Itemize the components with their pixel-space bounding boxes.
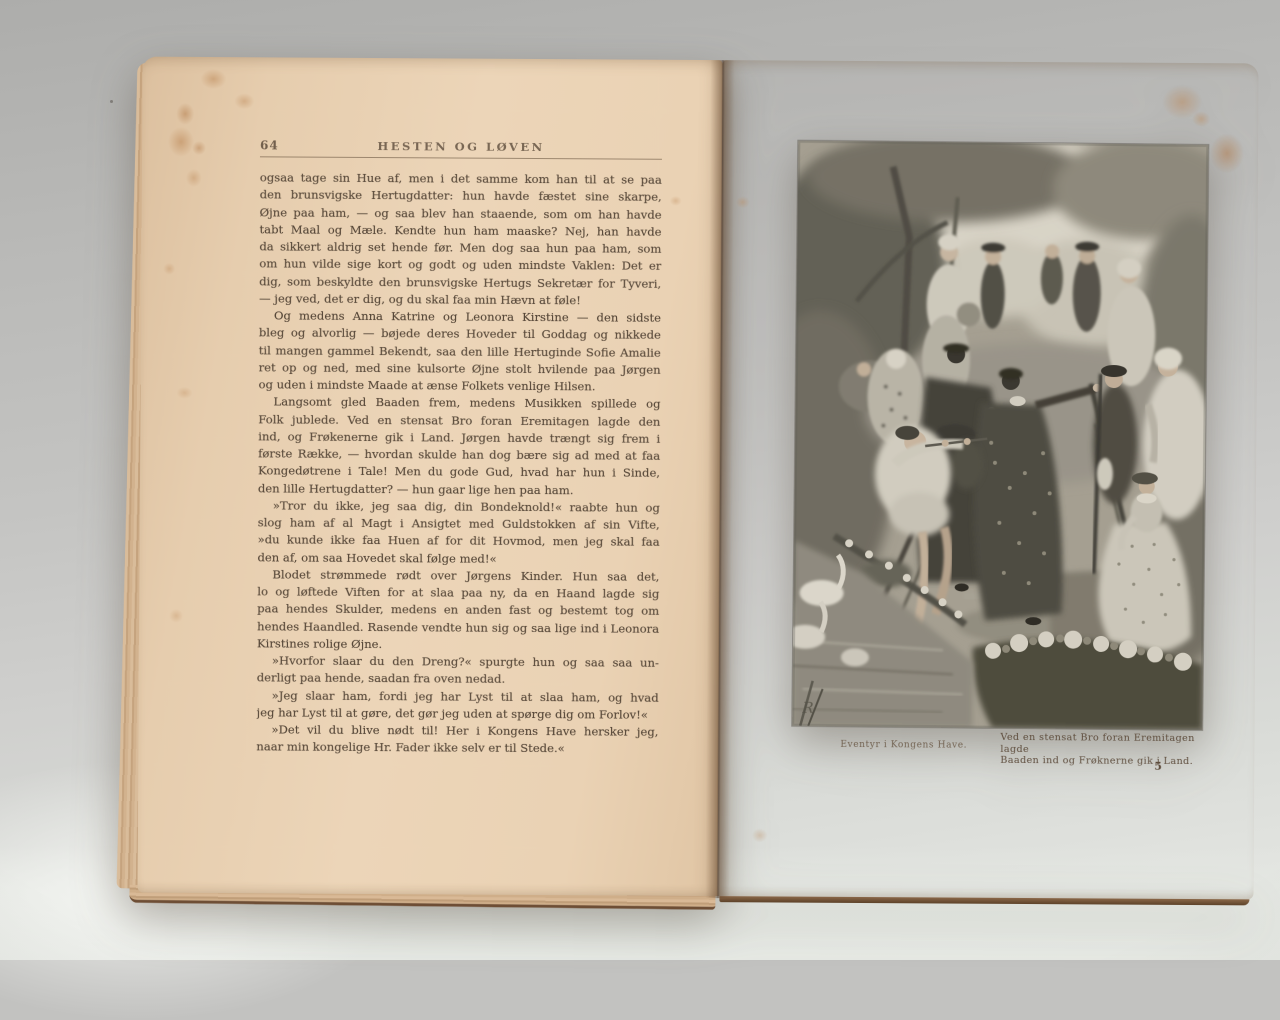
text-line: Folk jublede. Ved en stensat Bro foran E… xyxy=(258,411,660,431)
text-line: naar min kongelige Hr. Fader ikke selv e… xyxy=(256,739,658,759)
plate-caption-line1: Ved en stensat Bro foran Eremitagen lagd… xyxy=(1000,732,1206,756)
foxing-spot xyxy=(163,263,175,275)
foxing-spot xyxy=(192,141,206,155)
plate-caption-line2: Baaden ind og Frøknerne gik i Land. xyxy=(1000,755,1206,768)
right-page: R Ved en stensat Bro foran Eremitagen la… xyxy=(717,60,1258,899)
text-line: den lille Hertugdatter? — hun gaar lige … xyxy=(258,480,660,500)
photo-backdrop: 64 HESTEN OG LØVEN ogsaa tage sin Hue af… xyxy=(0,0,1280,960)
book-gutter xyxy=(705,60,734,898)
foxing-spot xyxy=(200,69,226,89)
foxing-spot xyxy=(670,196,682,206)
text-line: bleg og alvorlig — bøjede deres Hoveder … xyxy=(259,325,661,345)
foxing-spot xyxy=(234,93,254,109)
plate-illustration: R xyxy=(792,141,1208,730)
foxing-spot xyxy=(168,127,194,157)
foxing-spot xyxy=(752,828,768,842)
illustration-canvas: R xyxy=(792,141,1208,730)
foxing-spot xyxy=(186,169,202,187)
running-title: HESTEN OG LØVEN xyxy=(260,138,662,154)
text-line: hendes Haandled. Rasende vendte hun sig … xyxy=(257,618,659,638)
plate-caption: Ved en stensat Bro foran Eremitagen lagd… xyxy=(1000,732,1206,768)
signature-footnote: Eventyr i Kongens Have. xyxy=(840,740,967,751)
text-line: Langsomt gled Baaden frem, medens Musikk… xyxy=(258,394,660,414)
foxing-spot xyxy=(1210,133,1244,173)
foxing-spot xyxy=(176,103,194,125)
dust-speck xyxy=(110,100,113,103)
text-line: paa hendes Skulder, medens en anden fast… xyxy=(257,601,659,621)
text-line: den brunsvigske Hertugdatter: hun havde … xyxy=(260,187,662,207)
text-line: til mangen gammel Bekendt, saa den lille… xyxy=(259,342,661,362)
foxing-spot xyxy=(176,387,192,399)
text-line: »du kunde ikke faa Huen af for dit Hovmo… xyxy=(258,532,660,552)
body-text: ogsaa tage sin Hue af, men i det samme k… xyxy=(256,169,662,758)
text-line: derligt paa hende, saadan fra oven nedad… xyxy=(257,670,659,690)
foxing-spot xyxy=(169,609,183,623)
text-line: om hun vilde sige kort og godt og uden m… xyxy=(259,256,661,276)
open-book: 64 HESTEN OG LØVEN ogsaa tage sin Hue af… xyxy=(135,57,1260,904)
text-line: dig, som beskyldte den brunsvigske Hertu… xyxy=(259,273,661,293)
foxing-spot xyxy=(736,196,750,208)
text-line: Øjne paa ham, — og saa blev han staaende… xyxy=(260,204,662,224)
text-line: den af, om saa Hovedet skal følge med!« xyxy=(257,549,659,569)
text-line: »Jeg slaar ham, fordi jeg har Lyst til a… xyxy=(257,687,659,707)
left-page: 64 HESTEN OG LØVEN ogsaa tage sin Hue af… xyxy=(137,57,722,897)
plate-number: 5 xyxy=(1154,760,1162,773)
text-line: Kongedøtrene i Tale! Men du gode Gud, hv… xyxy=(258,463,660,483)
foxing-spot xyxy=(1192,111,1210,127)
